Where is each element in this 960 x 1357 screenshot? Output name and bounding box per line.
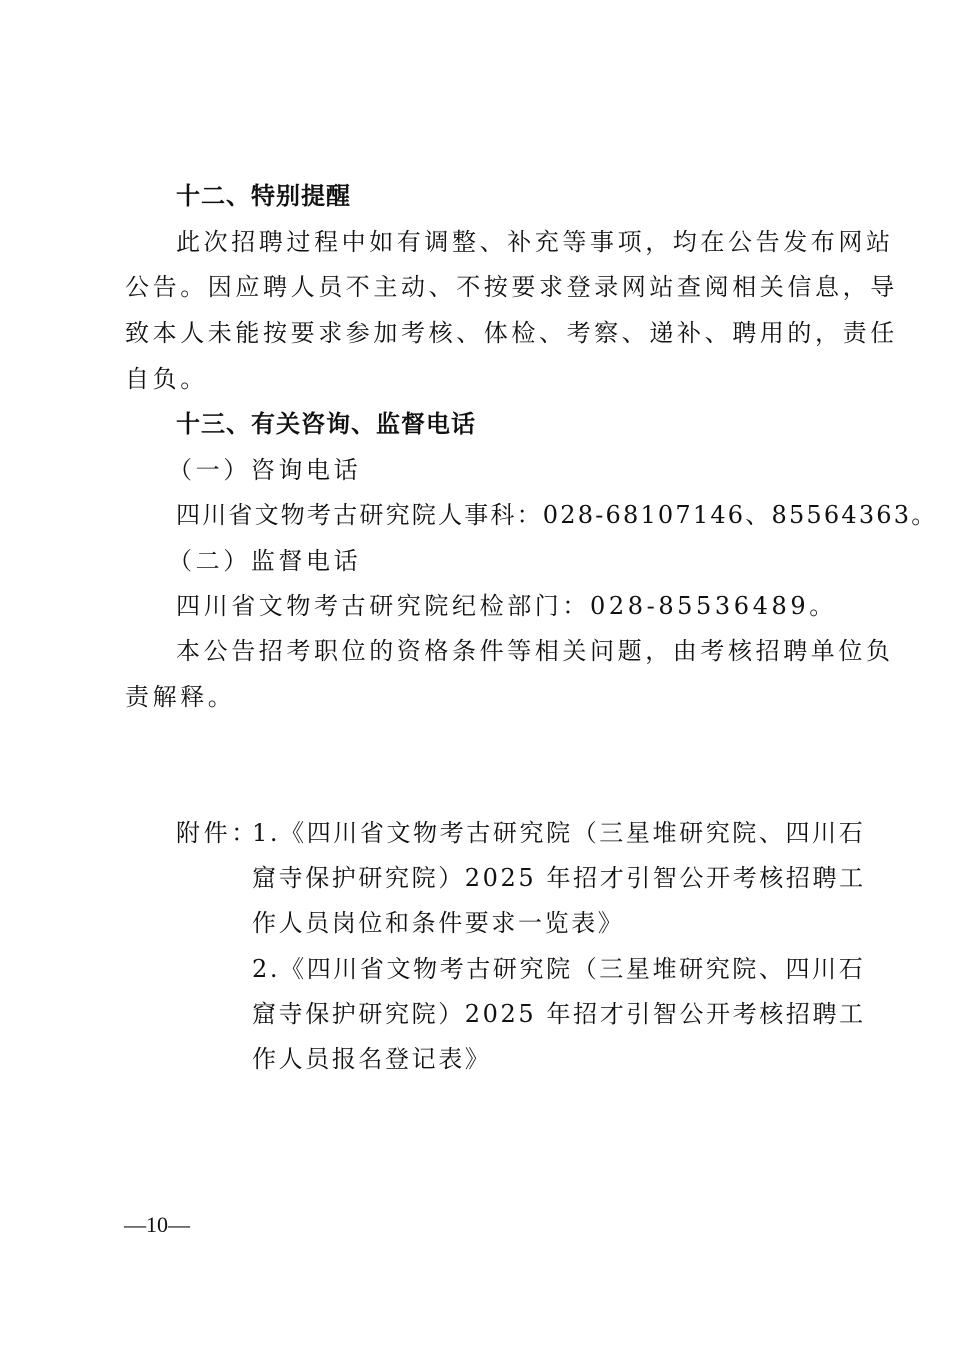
note-line-2: 责解释。: [125, 682, 235, 712]
attachment-2-line-2: 窟寺保护研究院）2025 年招才引智公开考核招聘工: [252, 999, 866, 1029]
section-13-heading: 十三、有关咨询、监督电话: [176, 409, 476, 439]
attachment-1-line-1: 1.《四川省文物考古研究院（三星堆研究院、四川石: [252, 818, 865, 848]
attachment-1-line-3: 作人员岗位和条件要求一览表》: [252, 908, 624, 938]
page-number: —10—: [124, 1210, 190, 1240]
supervision-phone-subheading: （二）监督电话: [168, 546, 361, 576]
attachments-label: 附件：: [176, 818, 259, 848]
document-page: 十二、特别提醒 此次招聘过程中如有调整、补充等事项，均在公告发布网站 公告。因应…: [0, 0, 960, 1357]
section-12-paragraph-line-3: 致本人未能按要求参加考核、体检、考察、递补、聘用的，责任: [125, 318, 898, 348]
consult-phone-subheading: （一）咨询电话: [168, 455, 361, 485]
attachment-2-line-1: 2.《四川省文物考古研究院（三星堆研究院、四川石: [252, 954, 865, 984]
consult-phone-text: 四川省文物考古研究院人事科：028-68107146、85564363。: [176, 500, 937, 530]
section-12-paragraph-line-1: 此次招聘过程中如有调整、补充等事项，均在公告发布网站: [176, 227, 894, 257]
supervision-phone-text: 四川省文物考古研究院纪检部门：028-85536489。: [176, 591, 837, 621]
section-12-heading: 十二、特别提醒: [176, 181, 351, 211]
attachment-1-line-2: 窟寺保护研究院）2025 年招才引智公开考核招聘工: [252, 863, 866, 893]
section-12-paragraph-line-2: 公告。因应聘人员不主动、不按要求登录网站查阅相关信息，导: [125, 272, 898, 302]
attachment-2-line-3: 作人员报名登记表》: [252, 1044, 491, 1074]
section-12-paragraph-line-4: 自负。: [125, 364, 208, 394]
note-line-1: 本公告招考职位的资格条件等相关问题，由考核招聘单位负: [176, 636, 894, 666]
